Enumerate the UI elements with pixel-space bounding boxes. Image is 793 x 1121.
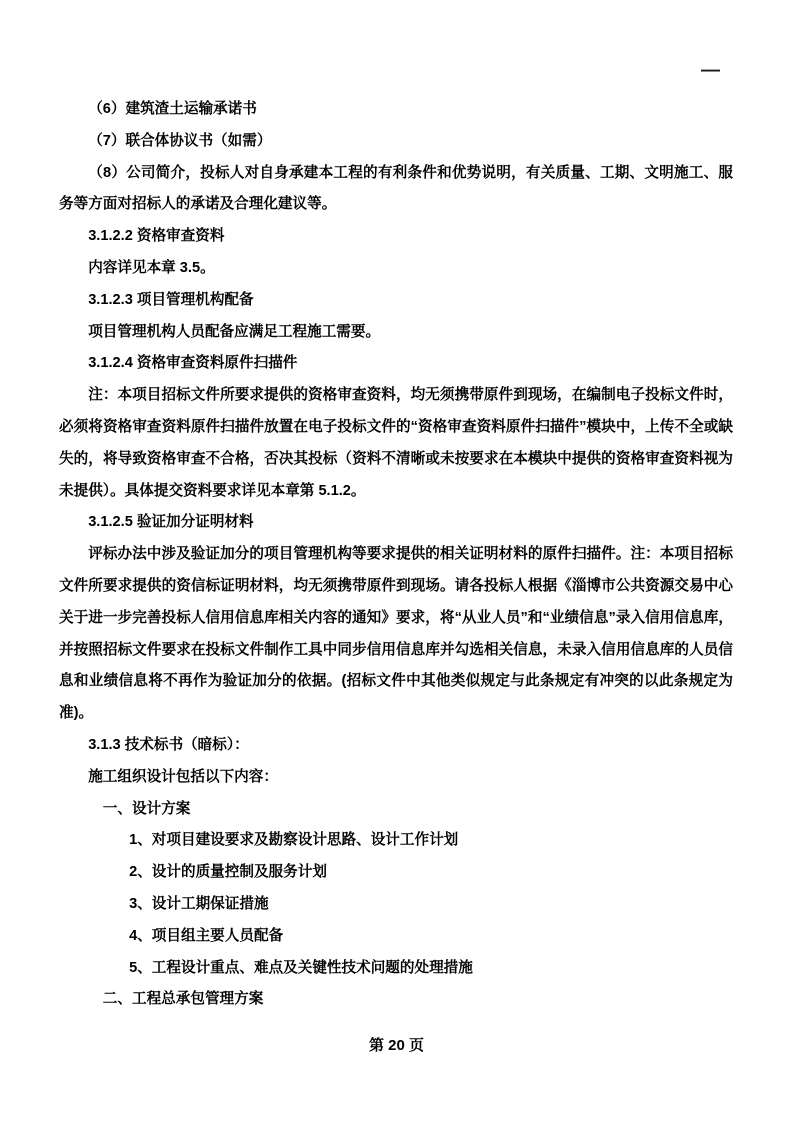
- sub-item-4: 4、项目组主要人员配备: [59, 921, 733, 953]
- outline-item-design-scheme: 一、设计方案: [59, 794, 733, 826]
- document-page: — （6）建筑渣土运输承诺书 （7）联合体协议书（如需） （8）公司简介，投标人…: [0, 0, 793, 1121]
- header-dash-mark: —: [701, 60, 720, 82]
- heading-3-1-2-4: 3.1.2.4 资格审查资料原件扫描件: [59, 348, 733, 380]
- heading-3-1-2-2: 3.1.2.2 资格审查资料: [59, 221, 733, 253]
- document-body: （6）建筑渣土运输承诺书 （7）联合体协议书（如需） （8）公司简介，投标人对自…: [59, 94, 733, 1016]
- list-item-8: （8）公司简介，投标人对自身承建本工程的有利条件和优势说明，有关质量、工期、文明…: [59, 158, 733, 222]
- heading-3-1-3: 3.1.3 技术标书（暗标）：: [59, 730, 733, 762]
- page-number: 第 20 页: [0, 1037, 793, 1055]
- outline-item-epc-management: 二、工程总承包管理方案: [59, 984, 733, 1016]
- para-see-chapter-3-5: 内容详见本章 3.5。: [59, 253, 733, 285]
- list-item-6: （6）建筑渣土运输承诺书: [59, 94, 733, 126]
- para-project-staffing: 项目管理机构人员配备应满足工程施工需要。: [59, 317, 733, 349]
- list-item-7: （7）联合体协议书（如需）: [59, 126, 733, 158]
- para-construction-design-intro: 施工组织设计包括以下内容：: [59, 762, 733, 794]
- sub-item-2: 2、设计的质量控制及服务计划: [59, 857, 733, 889]
- para-qualification-scan-note: 注：本项目招标文件所要求提供的资格审查资料，均无须携带原件到现场，在编制电子投标…: [59, 380, 733, 507]
- sub-item-1: 1、对项目建设要求及勘察设计思路、设计工作计划: [59, 825, 733, 857]
- sub-item-5: 5、工程设计重点、难点及关键性技术问题的处理措施: [59, 953, 733, 985]
- sub-item-3: 3、设计工期保证措施: [59, 889, 733, 921]
- heading-3-1-2-3: 3.1.2.3 项目管理机构配备: [59, 285, 733, 317]
- para-verification-bonus-note: 评标办法中涉及验证加分的项目管理机构等要求提供的相关证明材料的原件扫描件。注：本…: [59, 539, 733, 730]
- heading-3-1-2-5: 3.1.2.5 验证加分证明材料: [59, 507, 733, 539]
